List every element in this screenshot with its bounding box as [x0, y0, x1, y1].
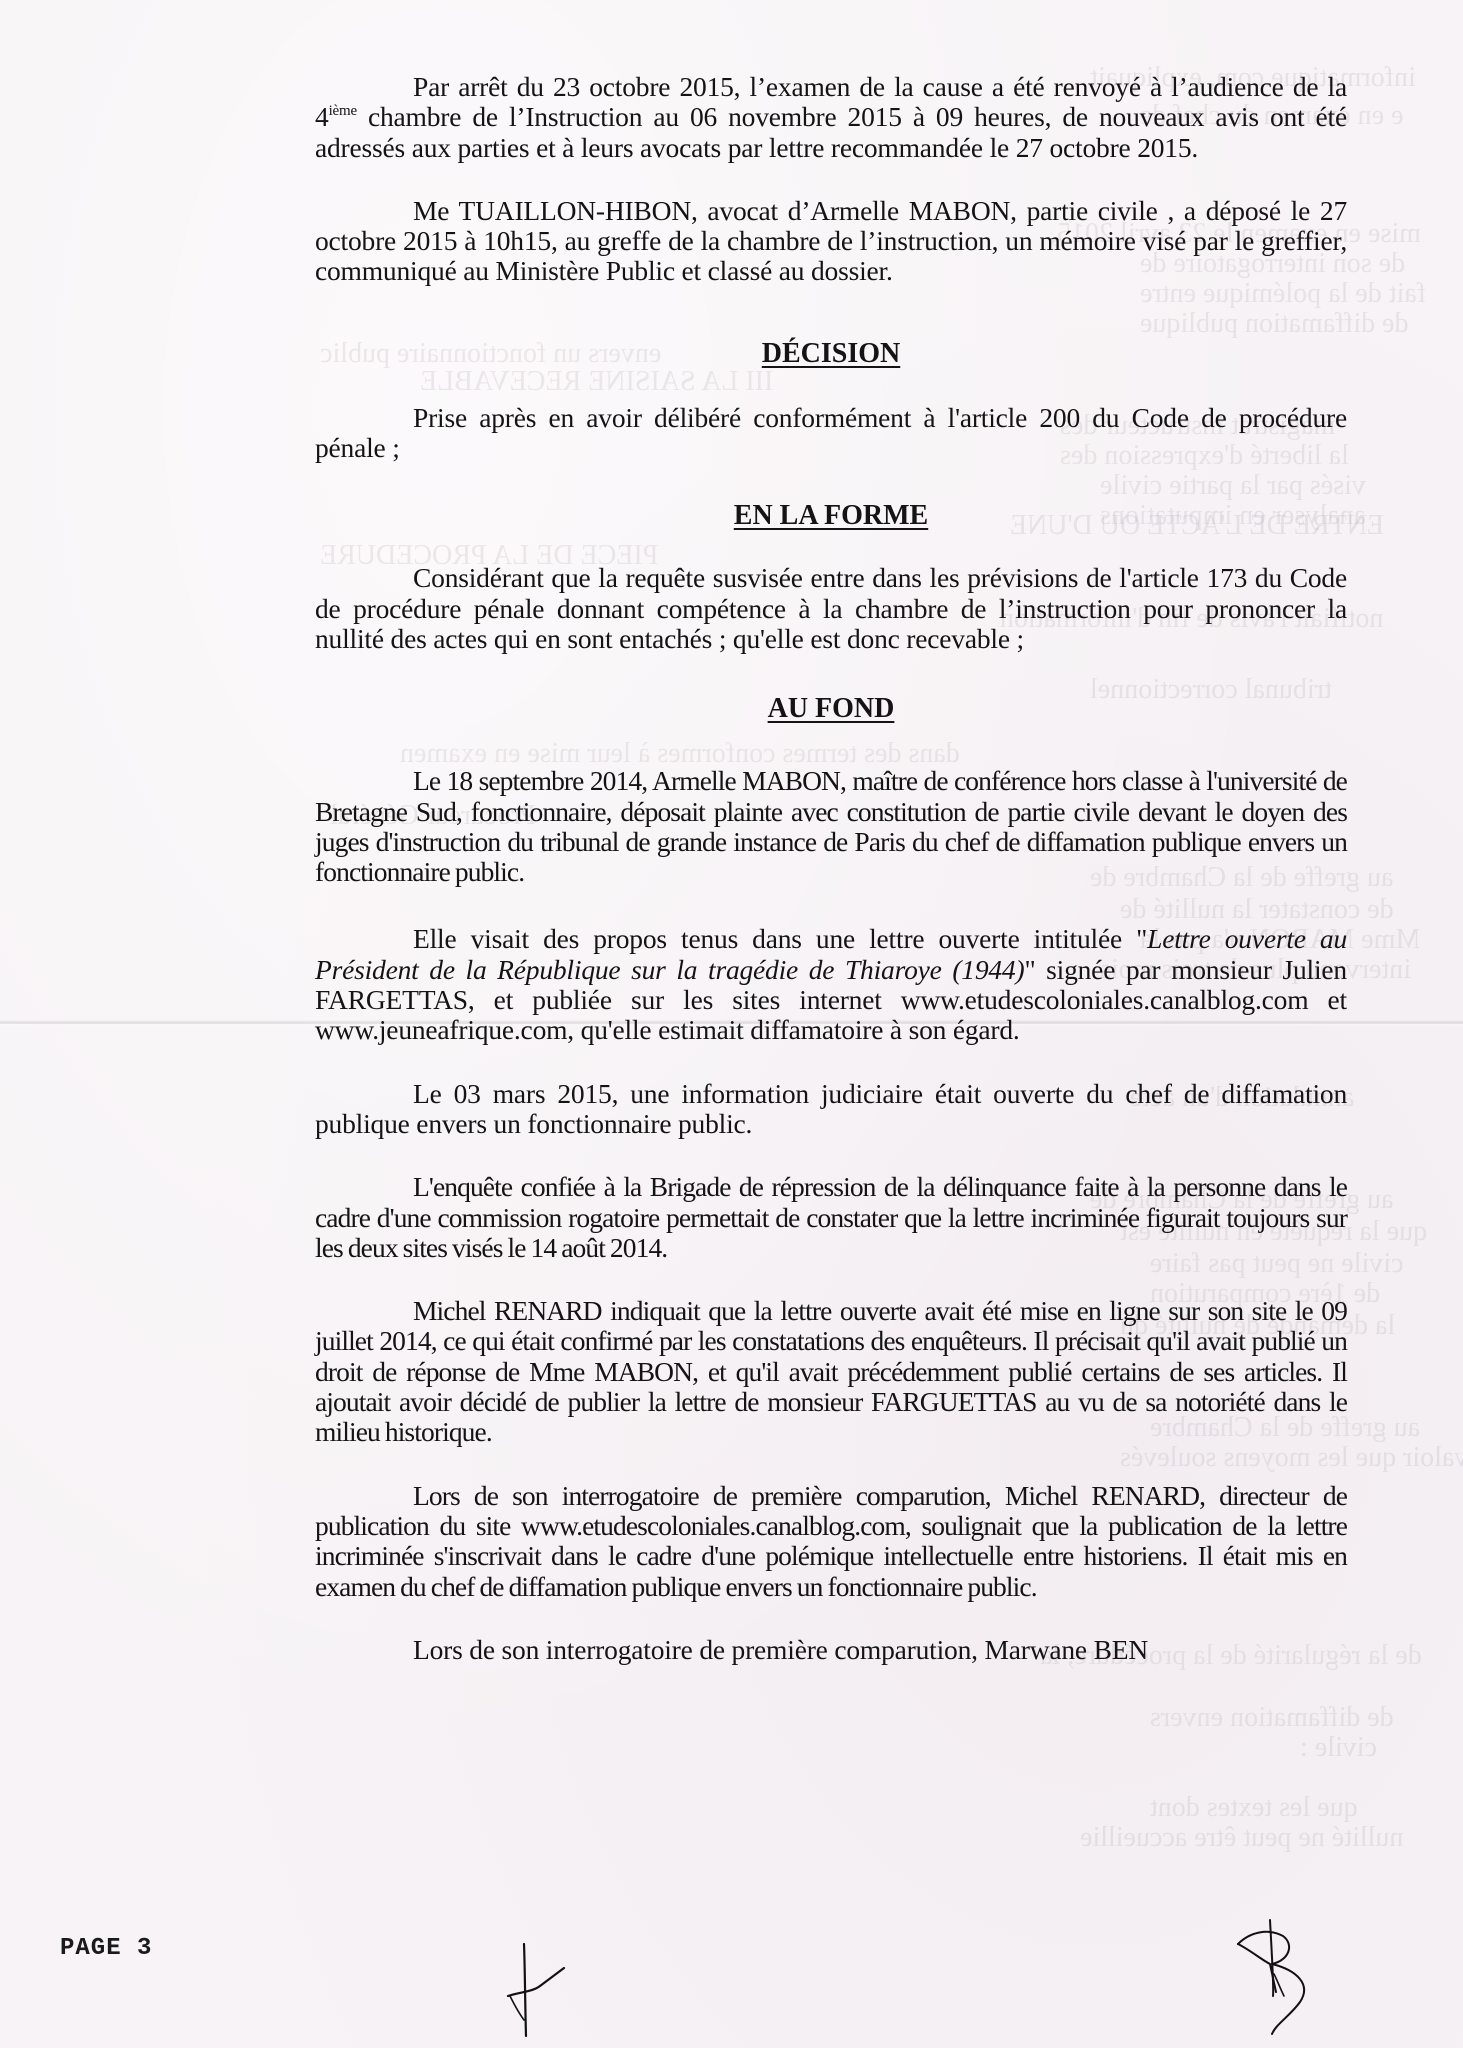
- paragraph-renvoi: Par arrêt du 23 octobre 2015, l’examen d…: [315, 72, 1347, 163]
- paragraph-enquete: L'enquête confiée à la Brigade de répres…: [315, 1172, 1347, 1263]
- paragraph-text: chambre de l’Instruction au 06 novembre …: [315, 101, 1347, 162]
- bleed-line: de diffamation envers: [1150, 1702, 1394, 1734]
- paragraph-plainte: Le 18 septembre 2014, Armelle MABON, maî…: [315, 766, 1347, 887]
- paragraph-renard-interrogatoire: Lors de son interrogatoire de première c…: [315, 1481, 1347, 1602]
- paragraph-ben-interrogatoire: Lors de son interrogatoire de première c…: [315, 1635, 1347, 1665]
- heading-au-fond: AU FOND: [315, 694, 1347, 724]
- paragraph-text: Elle visait des propos tenus dans une le…: [413, 923, 1147, 954]
- paragraph-information-judiciaire: Le 03 mars 2015, une information judicia…: [315, 1079, 1347, 1140]
- paragraph-memoire: Me TUAILLON-HIBON, avocat d’Armelle MABO…: [315, 196, 1347, 287]
- handwritten-initials-rb-icon: [1228, 1918, 1328, 2038]
- paragraph-forme: Considérant que la requête susvisée entr…: [315, 563, 1347, 654]
- heading-decision: DÉCISION: [315, 339, 1347, 369]
- paragraph-lettre-ouverte: Elle visait des propos tenus dans une le…: [315, 924, 1347, 1045]
- document-page: Par arrêt du 23 octobre 2015, l’examen d…: [315, 72, 1347, 1698]
- paragraph-renard-indiquait: Michel RENARD indiquait que la lettre ou…: [315, 1296, 1347, 1447]
- bleed-line: civile :: [1300, 1732, 1377, 1764]
- handwritten-initial-cross-icon: [500, 1940, 580, 2040]
- page-number: PAGE 3: [60, 1935, 152, 1962]
- paragraph-decision: Prise après en avoir délibéré conforméme…: [315, 403, 1347, 464]
- bleed-line: que les textes dont: [1150, 1792, 1358, 1824]
- ordinal-superscript: ième: [329, 103, 357, 119]
- heading-en-la-forme: EN LA FORME: [315, 501, 1347, 531]
- bleed-line: nullité ne peut être accueillie: [1080, 1822, 1403, 1854]
